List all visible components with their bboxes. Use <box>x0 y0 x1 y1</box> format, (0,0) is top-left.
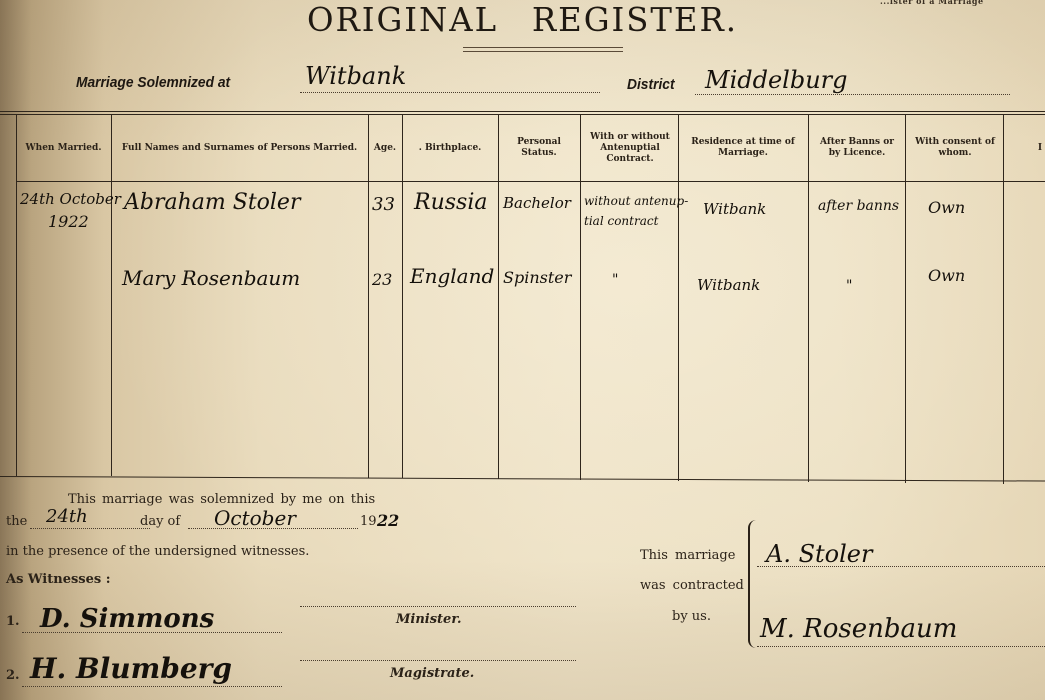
col-header-status: Personal Status. <box>498 118 580 178</box>
row2-age: 23 <box>372 270 392 289</box>
row2-consent: Own <box>928 266 965 285</box>
col-header-names: Full Names and Surnames of Persons Marri… <box>111 118 368 178</box>
row1-residence: Witbank <box>703 200 766 218</box>
row1-consent: Own <box>928 198 965 217</box>
groom-signature: A. Stoler <box>766 540 872 568</box>
row1-contract-line2: tial contract <box>584 214 658 228</box>
district-label: District <box>627 76 675 93</box>
district-line <box>695 94 1010 95</box>
day-line <box>30 528 150 529</box>
when-married-date: 24th October <box>20 190 121 208</box>
row2-banns: " <box>846 278 852 294</box>
witness1-signature: D. Simmons <box>40 604 214 634</box>
col-divider <box>808 114 809 482</box>
magistrate-line <box>300 660 576 661</box>
row1-banns: after banns <box>818 198 899 214</box>
col-header-when: When Married. <box>16 118 111 178</box>
col-header-banns: After Banns or by Licence. <box>816 118 898 178</box>
witnesses-label: As Witnesses : <box>6 572 111 587</box>
paper-background <box>0 0 1045 700</box>
col-header-residence: Residence at time of Marriage. <box>688 118 798 178</box>
row1-name: Abraham Stoler <box>124 190 300 215</box>
row1-age: 33 <box>372 194 395 215</box>
magistrate-label: Magistrate. <box>390 666 474 681</box>
col-divider <box>678 114 679 481</box>
bride-signature: M. Rosenbaum <box>760 614 957 644</box>
bride-signature-line <box>757 646 1045 647</box>
row1-contract-line1: without antenup- <box>584 194 688 208</box>
solemnized-place: Witbank <box>305 62 406 90</box>
month-value: October <box>214 506 296 530</box>
contracted-line2: was contracted <box>640 578 744 593</box>
col-divider <box>905 114 906 483</box>
the-label: the <box>6 514 27 529</box>
row2-contract: " <box>612 272 618 288</box>
signature-brace <box>748 520 760 648</box>
col-header-age: Age. <box>368 118 402 178</box>
table-top-rule-2 <box>0 114 1045 115</box>
header-bottom-rule <box>16 181 1045 182</box>
minister-label: Minister. <box>396 612 462 627</box>
solemnized-line <box>300 92 600 93</box>
witness2-number: 2. <box>6 668 20 683</box>
table-top-rule <box>0 111 1045 112</box>
year-suffix: 22 <box>377 511 399 530</box>
contracted-line1: This marriage <box>640 548 735 563</box>
table-bottom-rule <box>0 476 1045 482</box>
district-value: Middelburg <box>705 66 848 94</box>
row1-status: Bachelor <box>503 194 571 212</box>
row1-birthplace: Russia <box>414 190 487 215</box>
solemnized-label: Marriage Solemnized at <box>76 74 230 91</box>
day-of-label: day of <box>140 514 180 529</box>
witness2-signature: H. Blumberg <box>30 652 232 685</box>
day-value: 24th <box>46 506 88 527</box>
col-header-contract: With or without Antenuptial Contract. <box>584 118 676 178</box>
col-divider <box>1003 114 1004 484</box>
title-underline <box>463 47 623 52</box>
witness2-line <box>22 686 282 687</box>
row2-residence: Witbank <box>697 276 760 294</box>
row2-status: Spinster <box>503 268 571 287</box>
witness1-number: 1. <box>6 614 20 629</box>
col-divider <box>580 114 581 480</box>
minister-line <box>300 606 576 607</box>
col-header-consent: With consent of whom. <box>912 118 998 178</box>
solemnized-statement: This marriage was solemnized by me on th… <box>68 492 375 507</box>
col-header-birthplace: . Birthplace. <box>402 118 498 178</box>
row2-birthplace: England <box>410 264 494 288</box>
row2-name: Mary Rosenbaum <box>122 266 300 290</box>
year-prefix: 19 <box>360 514 377 529</box>
contracted-line3: by us. <box>672 609 711 624</box>
col-header-extra: I <box>1030 118 1045 178</box>
presence-statement: in the presence of the undersigned witne… <box>6 544 309 559</box>
when-married-year: 1922 <box>48 212 89 231</box>
page-title: ORIGINAL REGISTER. <box>10 0 1034 39</box>
